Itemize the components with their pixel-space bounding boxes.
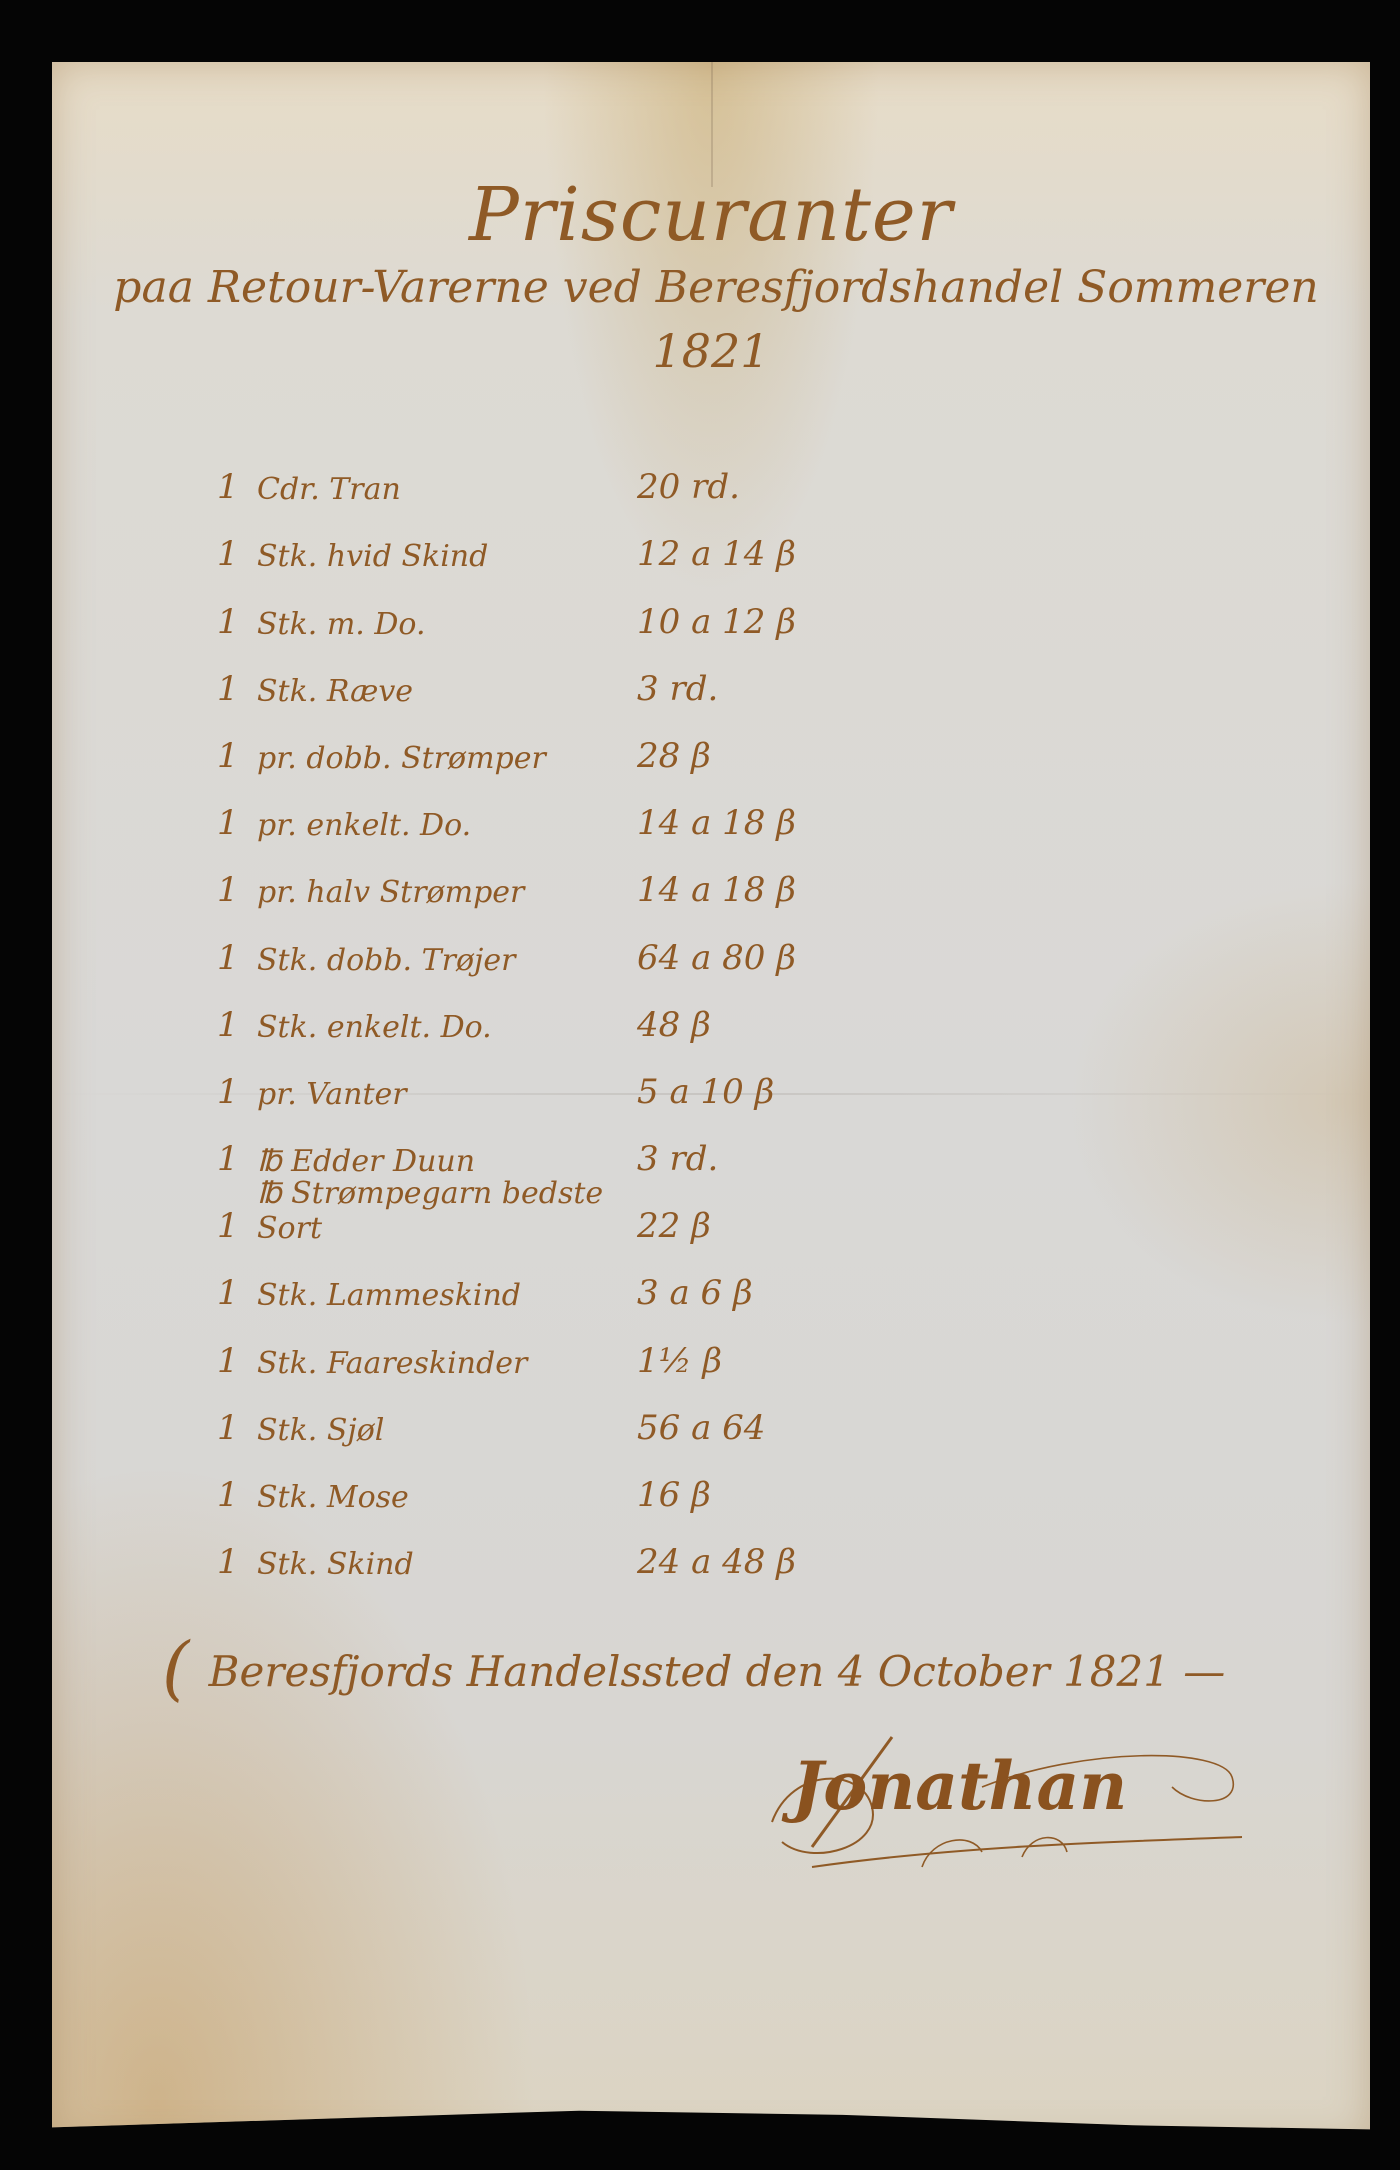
item-price: 5 a 10 β xyxy=(637,1072,897,1112)
item-quantity: 1 xyxy=(217,1341,257,1381)
list-item: 1 ℔ Edder Duun 3 rd. xyxy=(217,1112,917,1179)
fold-crease-vertical xyxy=(711,62,713,187)
item-name: Stk. Lammeskind xyxy=(257,1278,637,1313)
item-quantity: 1 xyxy=(217,1273,257,1313)
item-quantity: 1 xyxy=(217,1475,257,1515)
place-date-text: Beresfjords Handelssted den 4 October 18… xyxy=(209,1647,1226,1696)
item-price: 1½ β xyxy=(637,1341,897,1381)
item-quantity: 1 xyxy=(217,1139,257,1179)
item-name: pr. Vanter xyxy=(257,1077,637,1112)
item-price: 3 rd. xyxy=(637,1139,897,1179)
item-price: 28 β xyxy=(637,736,897,776)
flourish-icon: ( xyxy=(162,1627,189,1709)
list-item: 1 Stk. Mose 16 β xyxy=(217,1448,917,1515)
item-name: Stk. Sjøl xyxy=(257,1413,637,1448)
item-quantity: 1 xyxy=(217,1005,257,1045)
item-quantity: 1 xyxy=(217,602,257,642)
document-title: Priscuranter xyxy=(52,172,1370,258)
list-item: 1 pr. dobb. Strømper 28 β xyxy=(217,709,917,776)
item-name: Stk. m. Do. xyxy=(257,607,637,642)
item-quantity: 1 xyxy=(217,1408,257,1448)
item-price: 22 β xyxy=(637,1206,897,1246)
list-item: 1 Stk. Skind 24 a 48 β xyxy=(217,1515,917,1582)
item-quantity: 1 xyxy=(217,803,257,843)
item-price: 14 a 18 β xyxy=(637,803,897,843)
price-list: 1 Cdr. Tran 20 rd. 1 Stk. hvid Skind 12 … xyxy=(217,440,917,1582)
signature: Jonathan xyxy=(752,1727,1252,1877)
manuscript-page: Priscuranter paa Retour-Varerne ved Bere… xyxy=(52,62,1370,2144)
document-subtitle: paa Retour-Varerne ved Beresfjordshandel… xyxy=(82,262,1350,313)
list-item: 1 Stk. dobb. Trøjer 64 a 80 β xyxy=(217,910,917,977)
place-date-line: ( Beresfjords Handelssted den 4 October … xyxy=(162,1627,1225,1709)
signature-name: Jonathan xyxy=(792,1747,1127,1825)
list-item: 1 Stk. Lammeskind 3 a 6 β xyxy=(217,1246,917,1313)
item-price: 56 a 64 xyxy=(637,1408,897,1448)
list-item: 1 Stk. Sjøl 56 a 64 xyxy=(217,1381,917,1448)
item-price: 10 a 12 β xyxy=(637,602,897,642)
item-price: 14 a 18 β xyxy=(637,870,897,910)
item-price: 12 a 14 β xyxy=(637,534,897,574)
list-item: 1 Stk. Ræve 3 rd. xyxy=(217,642,917,709)
list-item: 1 Stk. enkelt. Do. 48 β xyxy=(217,978,917,1045)
item-price: 48 β xyxy=(637,1005,897,1045)
item-name: pr. halv Strømper xyxy=(257,875,637,910)
item-quantity: 1 xyxy=(217,938,257,978)
item-quantity: 1 xyxy=(217,736,257,776)
list-item: 1 ℔ Strømpegarn bedste Sort 22 β xyxy=(217,1179,917,1246)
item-quantity: 1 xyxy=(217,1542,257,1582)
list-item: 1 Stk. Faareskinder 1½ β xyxy=(217,1313,917,1380)
document-year: 1821 xyxy=(52,324,1370,378)
item-quantity: 1 xyxy=(217,870,257,910)
item-price: 24 a 48 β xyxy=(637,1542,897,1582)
item-name: ℔ Strømpegarn bedste Sort xyxy=(257,1176,637,1246)
item-name: Stk. hvid Skind xyxy=(257,539,637,574)
item-name: ℔ Edder Duun xyxy=(257,1144,637,1179)
item-quantity: 1 xyxy=(217,1072,257,1112)
list-item: 1 pr. Vanter 5 a 10 β xyxy=(217,1045,917,1112)
list-item: 1 pr. halv Strømper 14 a 18 β xyxy=(217,843,917,910)
item-quantity: 1 xyxy=(217,467,257,507)
item-price: 3 a 6 β xyxy=(637,1273,897,1313)
item-name: Stk. Skind xyxy=(257,1547,637,1582)
item-quantity: 1 xyxy=(217,1206,257,1246)
item-name: Stk. enkelt. Do. xyxy=(257,1010,637,1045)
item-price: 3 rd. xyxy=(637,669,897,709)
list-item: 1 pr. enkelt. Do. 14 a 18 β xyxy=(217,776,917,843)
item-price: 16 β xyxy=(637,1475,897,1515)
list-item: 1 Stk. hvid Skind 12 a 14 β xyxy=(217,507,917,574)
item-name: Stk. Faareskinder xyxy=(257,1346,637,1381)
item-name: pr. dobb. Strømper xyxy=(257,741,637,776)
item-price: 64 a 80 β xyxy=(637,938,897,978)
item-quantity: 1 xyxy=(217,669,257,709)
list-item: 1 Stk. m. Do. 10 a 12 β xyxy=(217,574,917,641)
item-name: Stk. Mose xyxy=(257,1480,637,1515)
item-name: pr. enkelt. Do. xyxy=(257,808,637,843)
list-item: 1 Cdr. Tran 20 rd. xyxy=(217,440,917,507)
item-name: Cdr. Tran xyxy=(257,472,637,507)
item-name: Stk. Ræve xyxy=(257,674,637,709)
item-name: Stk. dobb. Trøjer xyxy=(257,943,637,978)
item-quantity: 1 xyxy=(217,534,257,574)
item-price: 20 rd. xyxy=(637,467,897,507)
